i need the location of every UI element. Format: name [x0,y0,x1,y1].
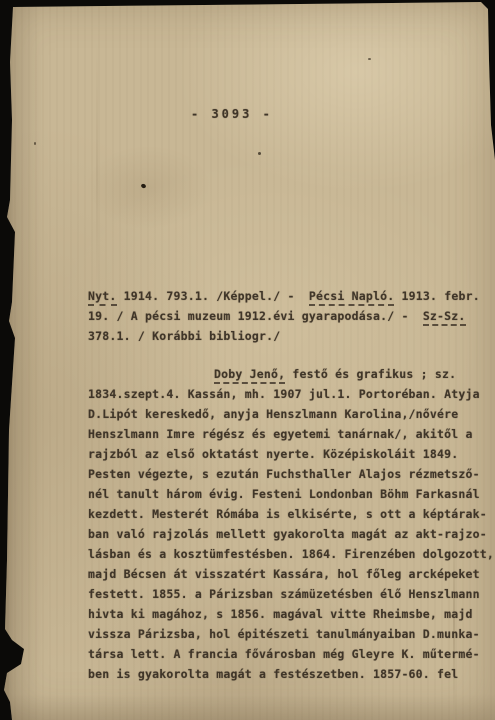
text-segment: ben is gyakorolta magát a festészetben. … [88,667,458,681]
text-line: hivta ki magához, s 1856. magával vitte … [88,604,486,624]
text-line: társa lett. A francia fővárosban még Gle… [88,644,486,664]
text-line: ben is gyakorolta magát a festészetben. … [88,664,486,684]
text-segment: lásban és a kosztümfestésben. 1864. Fire… [88,547,494,561]
text-line: rajzból az első oktatást nyerte. Középis… [88,444,486,464]
ink-speck [368,58,371,60]
text-segment: társa lett. A francia fővárosban még Gle… [88,647,480,661]
text-line: festett. 1855. a Párizsban számüzetésben… [88,584,486,604]
text-segment: hivta ki magához, s 1856. magával vitte … [88,607,473,621]
paper-sheet: - 3093 - Nyt. 1914. 793.1. /Képpel./ - P… [0,0,495,720]
text-segment: 1913. febr. [394,289,479,303]
text-line: 378.1. / Korábbi bibliogr./ [88,326,483,346]
underlined-text: Nyt. [88,289,117,306]
scanned-document-page: - 3093 - Nyt. 1914. 793.1. /Képpel./ - P… [0,0,495,720]
text-line: D.Lipót kereskedő, anyja Henszlmann Karo… [88,404,486,424]
text-segment: 1834.szept.4. Kassán, mh. 1907 jul.1. Po… [88,387,480,401]
text-line: Nyt. 1914. 793.1. /Képpel./ - Pécsi Napl… [88,286,483,306]
text-segment: 1914. 793.1. /Képpel./ - [117,289,309,303]
bibliography-block: Nyt. 1914. 793.1. /Képpel./ - Pécsi Napl… [88,286,483,346]
ink-speck [258,152,261,155]
underlined-text: Sz-Sz. [423,309,466,326]
underlined-text: Pécsi Napló. [309,289,394,306]
text-line: 1834.szept.4. Kassán, mh. 1907 jul.1. Po… [88,384,486,404]
text-line: nél tanult három évig. Festeni Londonban… [88,484,486,504]
ink-speck [34,142,36,145]
text-line: Pesten végezte, s ezután Fuchsthaller Al… [88,464,486,484]
text-segment: majd Bécsen át visszatért Kassára, hol f… [88,567,480,581]
text-segment: D.Lipót kereskedő, anyja Henszlmann Karo… [88,407,458,421]
text-segment: vissza Párizsba, hol épitészeti tanulmán… [88,627,480,641]
text-line: lásban és a kosztümfestésben. 1864. Fire… [88,544,486,564]
text-segment: nél tanult három évig. Festeni Londonban… [88,487,480,501]
text-segment: kezdett. Mesterét Rómába is elkisérte, s… [88,507,487,521]
paper-crease [96,40,98,300]
text-segment: rajzból az első oktatást nyerte. Középis… [88,447,458,461]
text-segment: ban való rajzolás mellett gyakorolta mag… [88,527,487,541]
text-segment: Henszlmann Imre régész és egyetemi tanár… [88,427,473,441]
text-line: Henszlmann Imre régész és egyetemi tanár… [88,424,486,444]
ink-speck [140,183,146,189]
text-segment: festett. 1855. a Párizsban számüzetésben… [88,587,480,601]
page-number: - 3093 - [191,107,273,121]
text-line: 19. / A pécsi muzeum 1912.évi gyarapodás… [88,306,483,326]
text-segment: Pesten végezte, s ezután Fuchsthaller Al… [88,467,480,481]
underlined-text: Doby Jenő, [214,367,285,384]
text-segment: 19. / A pécsi muzeum 1912.évi gyarapodás… [88,309,423,323]
text-line: Doby Jenő, festő és grafikus ; sz. [88,364,486,384]
text-line: majd Bécsen át visszatért Kassára, hol f… [88,564,486,584]
text-line: kezdett. Mesterét Rómába is elkisérte, s… [88,504,486,524]
text-line: ban való rajzolás mellett gyakorolta mag… [88,524,486,544]
text-segment: 378.1. / Korábbi bibliogr./ [88,329,280,343]
text-line: vissza Párizsba, hol épitészeti tanulmán… [88,624,486,644]
article-text-block: Doby Jenő, festő és grafikus ; sz.1834.s… [88,364,486,684]
text-segment: festő és grafikus ; sz. [285,367,456,381]
